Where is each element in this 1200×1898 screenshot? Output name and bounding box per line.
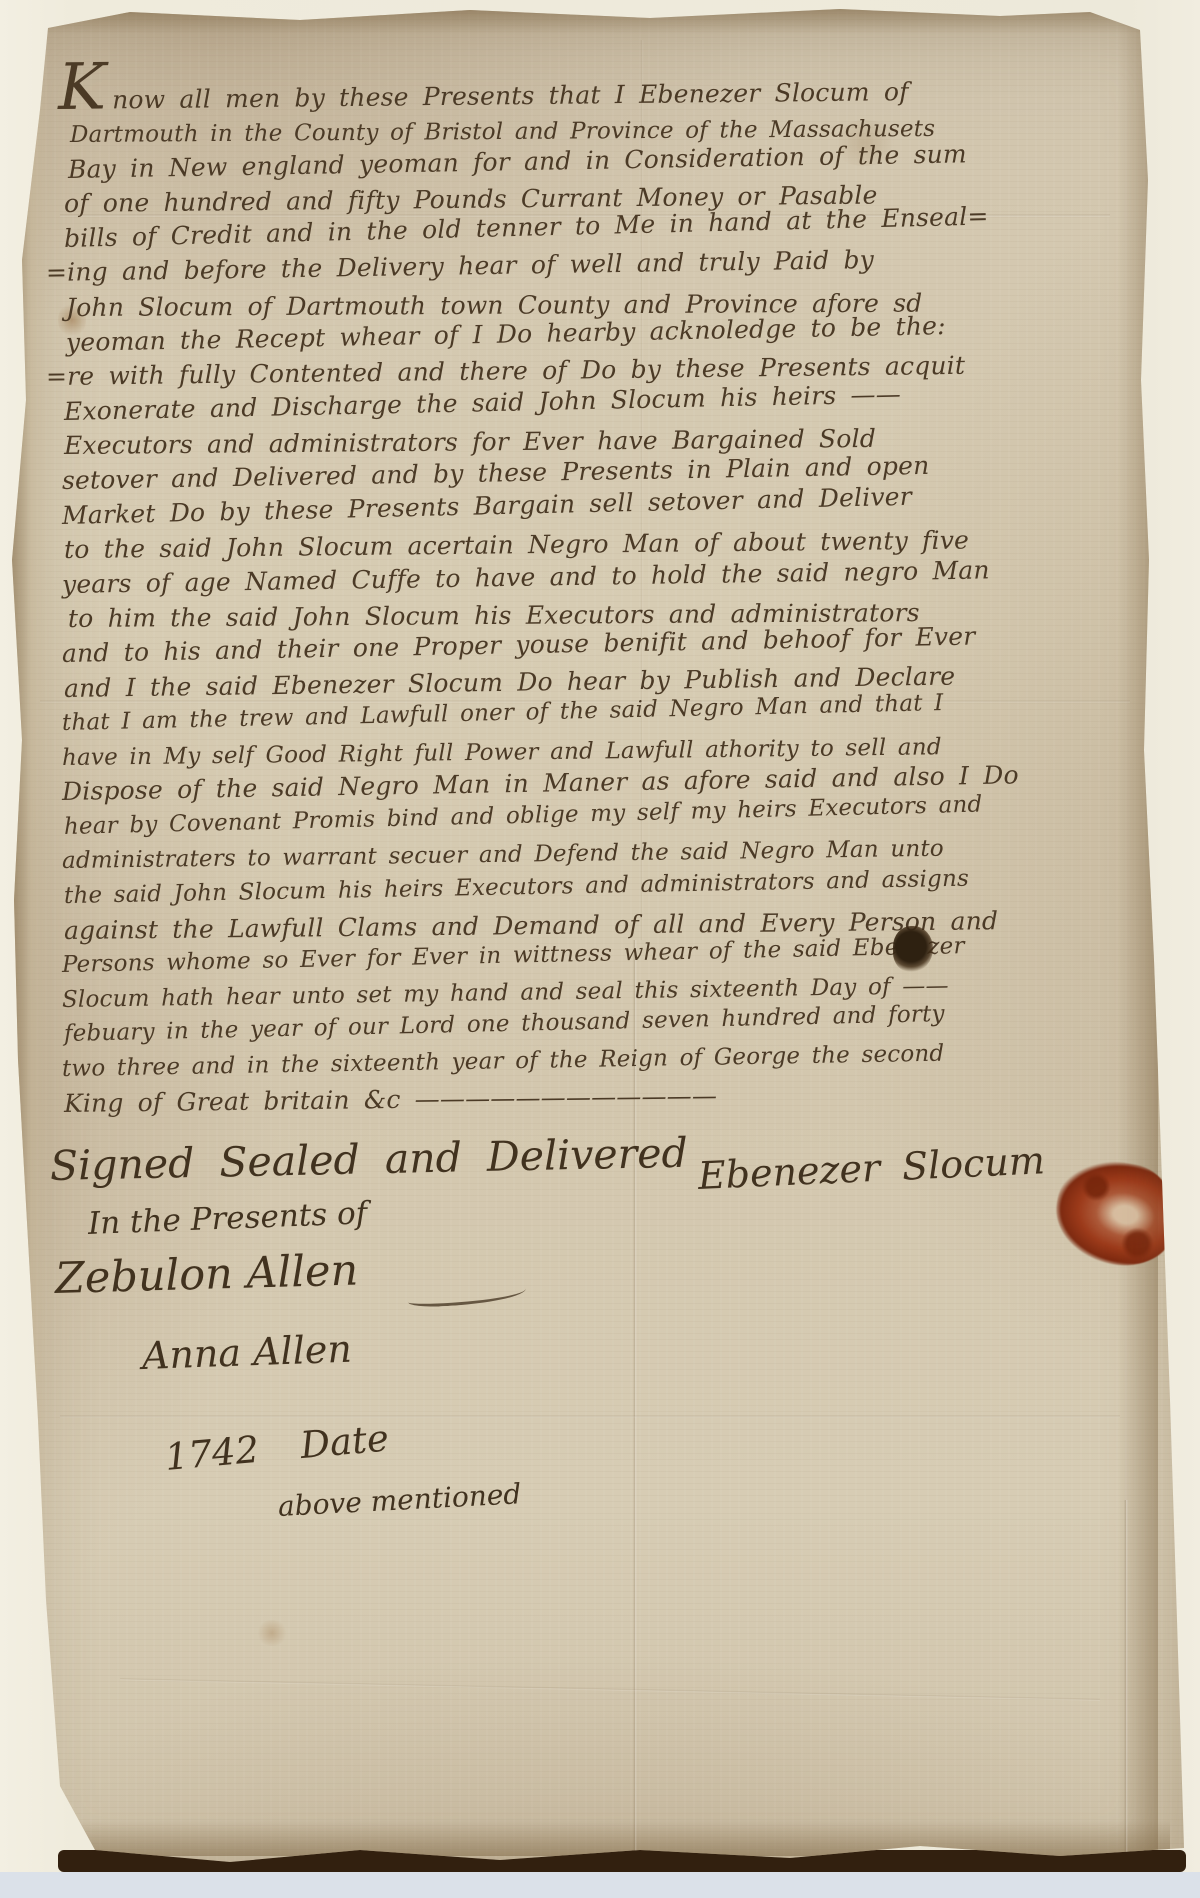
grantor-signature: Ebenezer Slocum xyxy=(697,1138,1046,1198)
paper-top-edge xyxy=(40,4,1145,34)
manuscript-line-text: now all men by these Presents that I Ebe… xyxy=(112,77,909,114)
paper-right-edge xyxy=(1118,20,1158,1860)
fold-crease-right xyxy=(1124,1500,1128,1865)
crease-horizontal xyxy=(60,1415,1120,1418)
witness-signature-zebulon: Zebulon Allen xyxy=(54,1246,359,1304)
table-surface xyxy=(0,1872,1200,1898)
date-annotation-line-2: above mentioned xyxy=(277,1477,522,1523)
crease-horizontal xyxy=(120,1678,1100,1702)
drop-cap-initial: K xyxy=(58,50,107,124)
stain xyxy=(256,1620,288,1646)
paper-sheet: Know all men by these Presents that I Eb… xyxy=(0,0,1200,1898)
date-annotation-line-1: 1742 Date xyxy=(163,1417,390,1479)
pen-flourish xyxy=(408,1283,527,1308)
manuscript-line: Know all men by these Presents that I Eb… xyxy=(58,48,1009,118)
attestation-line-2: In the Presents of xyxy=(87,1195,367,1242)
wax-seal xyxy=(1048,1152,1184,1273)
attestation-line-1: Signed Sealed and Delivered xyxy=(49,1129,688,1190)
witness-signature-anna: Anna Allen xyxy=(141,1327,352,1378)
manuscript-body: Know all men by these Presents that I Eb… xyxy=(58,58,1008,1121)
photo-background: Know all men by these Presents that I Eb… xyxy=(0,0,1200,1898)
paper-bottom-edge xyxy=(50,1820,1170,1856)
paper-left-edge xyxy=(8,18,50,1858)
